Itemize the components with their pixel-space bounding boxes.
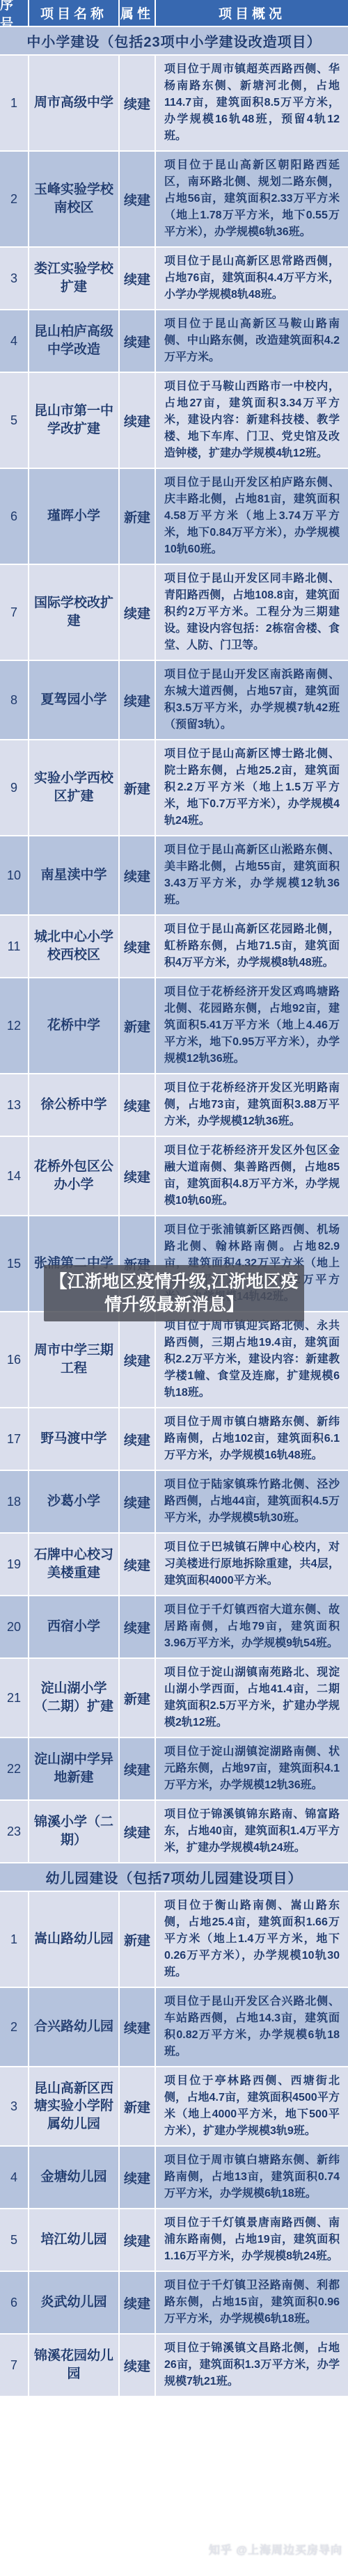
table-header-row: 序号项目名称属性项目概况 [0,0,348,26]
project-name-cell: 娄江实验学校扩建 [29,248,118,309]
project-name-cell: 合兴路幼儿园 [29,1988,118,2066]
attribute-cell: 续建 [120,1471,155,1532]
overview-cell: 项目位于马鞍山西路市一中校内，占地27亩，建筑面积3.34万平方米，建设内容：新… [156,373,348,468]
row-index-cell: 16 [0,1312,28,1407]
row-index-cell: 12 [0,978,28,1073]
attribute-cell: 续建 [120,1988,155,2066]
project-name-cell: 西宿小学 [29,1596,118,1657]
table-row: 3娄江实验学校扩建续建项目位于昆山高新区思常路西侧，占地76亩，建筑面积4.4万… [0,248,348,309]
row-index-cell: 3 [0,2067,28,2145]
project-name-cell: 城北中心小学校西校区 [29,916,118,977]
table-row: 14花桥外包区公办小学续建项目位于花桥经济开发区外包区金融大道南侧、集善路西侧，… [0,1137,348,1215]
overview-cell: 项目位于千灯镇卫泾路南侧、利都路东侧，占地15亩，建筑面积0.96万平方米，办学… [156,2272,348,2333]
overview-cell: 项目位于周市镇迎宾路北侧、永共路西侧，三期占地19.4亩，建筑面积2.2万平方米… [156,1312,348,1407]
row-index-cell: 1 [0,56,28,150]
project-name-cell: 国际学校改扩建 [29,565,118,660]
row-index-cell: 8 [0,661,28,739]
overview-cell: 项目位于周市镇白塘路东侧、新纬路南侧，占地102亩，建筑面积6.1万平方米，办学… [156,1408,348,1470]
table-row: 20西宿小学续建项目位于千灯镇西宿大道东侧、故居路南侧，占地79亩，建筑面积3.… [0,1596,348,1657]
overview-cell: 项目位于淀山湖镇淀湖路南侧、状元路东侧，占地97亩，建筑面积4.1万平方米，办学… [156,1738,348,1799]
project-name-cell: 淀山湖小学（二期）扩建 [29,1659,118,1737]
table-row: 9实验小学西校区扩建新建项目位于昆山高新区博士路北侧、院士路东侧，占地25.2亩… [0,740,348,835]
column-header-project-name: 项目名称 [29,0,118,26]
overview-cell: 项目位于昆山开发区南浜路南侧、东城大道西侧，占地57亩，建筑面积3.5万平方米，… [156,661,348,739]
row-index-cell: 6 [0,2272,28,2333]
attribute-cell: 续建 [120,1738,155,1799]
project-name-cell: 夏驾园小学 [29,661,118,739]
attribute-cell: 续建 [120,2147,155,2208]
attribute-cell: 新建 [120,1892,155,1987]
project-name-cell: 花桥外包区公办小学 [29,1137,118,1215]
project-name-cell: 嵩山路幼儿园 [29,1892,118,1987]
table-row: 8夏驾园小学续建项目位于昆山开发区南浜路南侧、东城大道西侧，占地57亩，建筑面积… [0,661,348,739]
overview-cell: 项目位于花桥经济开发区光明路南侧，占地73亩，建筑面积3.88万平方米，办学规模… [156,1074,348,1136]
row-index-cell: 18 [0,1471,28,1532]
attribute-cell: 续建 [120,1596,155,1657]
row-index-cell: 19 [0,1534,28,1595]
overview-cell: 项目位于周市镇超英西路西侧、华杨南路东侧、新塘河北侧，占地114.7亩，建筑面积… [156,56,348,150]
column-header-overview: 项目概况 [156,0,348,26]
row-index-cell: 7 [0,2335,28,2396]
table-row: 16周市中学三期工程续建项目位于周市镇迎宾路北侧、永共路西侧，三期占地19.4亩… [0,1312,348,1407]
overview-cell: 项目位于千灯镇景唐南路西侧、南浦东路南侧，占地19亩，建筑面积1.16万平方米，… [156,2209,348,2271]
overview-cell: 项目位于巴城镇石牌中心校内，对习美楼进行原地拆除重建，共4层，建筑面积4000平… [156,1534,348,1595]
table-row: 12花桥中学新建项目位于花桥经济开发区鸡鸣塘路北侧、花园路东侧，占地92亩，建筑… [0,978,348,1073]
row-index-cell: 10 [0,836,28,914]
row-index-cell: 2 [0,1988,28,2066]
table-row: 13徐公桥中学续建项目位于花桥经济开发区光明路南侧，占地73亩，建筑面积3.88… [0,1074,348,1136]
table-row: 19石牌中心校习美楼重建续建项目位于巴城镇石牌中心校内，对习美楼进行原地拆除重建… [0,1534,348,1595]
table-row: 4昆山柏庐高级中学改造续建项目位于昆山高新区马鞍山路南侧、中山路东侧，改造建筑面… [0,310,348,372]
project-name-cell: 昆山高新区西塘实验小学附属幼儿园 [29,2067,118,2145]
overview-cell: 项目位于昆山开发区柏庐路东侧、庆丰路北侧，占地81亩，建筑面积4.58万平方米（… [156,469,348,564]
news-caption-overlay: 【江浙地区疫情升级,江浙地区疫情升级最新消息】 [44,1265,304,1321]
project-name-cell: 瑾晖小学 [29,469,118,564]
overview-cell: 项目位于锦溪镇锦东路南、锦富路东，占地40亩，建筑面积1.4万平方米，扩建办学规… [156,1801,348,1862]
attribute-cell: 新建 [120,978,155,1073]
table-row: 2合兴路幼儿园续建项目位于昆山开发区合兴路北侧、车站路西侧，占地14.3亩，建筑… [0,1988,348,2066]
attribute-cell: 续建 [120,836,155,914]
attribute-cell: 新建 [120,2067,155,2145]
table-row: 21淀山湖小学（二期）扩建新建项目位于淀山湖镇南苑路北、现淀山湖小学西面，占地4… [0,1659,348,1737]
table-row: 18沙葛小学续建项目位于陆家镇珠竹路北侧、泾沙路西侧，占地44亩，建筑面积4.5… [0,1471,348,1532]
row-index-cell: 4 [0,310,28,372]
attribute-cell: 续建 [120,1408,155,1470]
section-header-1: 中小学建设（包括23项中小学建设改造项目） [0,27,348,54]
project-name-cell: 沙葛小学 [29,1471,118,1532]
row-index-cell: 23 [0,1801,28,1862]
table-row: 2玉峰实验学校南校区续建项目位于昆山高新区朝阳路西延区，南环路北侧、规划二路东侧… [0,152,348,246]
overview-cell: 项目位于昆山开发区合兴路北侧、车站路西侧，占地14.3亩，建筑面积0.82万平方… [156,1988,348,2066]
table-row: 1周市高级中学续建项目位于周市镇超英西路西侧、华杨南路东侧、新塘河北侧，占地11… [0,56,348,150]
row-index-cell: 4 [0,2147,28,2208]
overview-cell: 项目位于花桥经济开发区外包区金融大道南侧、集善路西侧，占地85亩，建筑面积4.8… [156,1137,348,1215]
attribute-cell: 续建 [120,2272,155,2333]
table-row: 7锦溪花园幼儿园续建项目位于锦溪镇文昌路北侧，占地26亩，建筑面积1.3万平方米… [0,2335,348,2396]
row-index-cell: 5 [0,373,28,468]
row-index-cell: 13 [0,1074,28,1136]
table-row: 17野马渡中学续建项目位于周市镇白塘路东侧、新纬路南侧，占地102亩，建筑面积6… [0,1408,348,1470]
project-name-cell: 培江幼儿园 [29,2209,118,2271]
attribute-cell: 续建 [120,2209,155,2271]
attribute-cell: 续建 [120,248,155,309]
overview-cell: 项目位于花桥经济开发区鸡鸣塘路北侧、花园路东侧，占地92亩，建筑面积5.41万平… [156,978,348,1073]
project-name-cell: 金塘幼儿园 [29,2147,118,2208]
row-index-cell: 1 [0,1892,28,1987]
project-name-cell: 锦溪花园幼儿园 [29,2335,118,2396]
project-name-cell: 炎武幼儿园 [29,2272,118,2333]
row-index-cell: 9 [0,740,28,835]
attribute-cell: 新建 [120,740,155,835]
table-row: 6炎武幼儿园续建项目位于千灯镇卫泾路南侧、利都路东侧，占地15亩，建筑面积0.9… [0,2272,348,2333]
table-row: 6瑾晖小学新建项目位于昆山开发区柏庐路东侧、庆丰路北侧，占地81亩，建筑面积4.… [0,469,348,564]
column-header-index: 序号 [0,0,28,26]
project-name-cell: 昆山柏庐高级中学改造 [29,310,118,372]
section-header-2: 幼儿园建设（包括7项幼儿园建设项目） [0,1863,348,1891]
table-row: 3昆山高新区西塘实验小学附属幼儿园新建项目位于亭林路西侧、西塘街北侧，占地4.7… [0,2067,348,2145]
attribute-cell: 续建 [120,1137,155,1215]
overview-cell: 项目位于淀山湖镇南苑路北、现淀山湖小学西面，占地41.4亩，二期建筑面积2.5万… [156,1659,348,1737]
project-name-cell: 石牌中心校习美楼重建 [29,1534,118,1595]
row-index-cell: 20 [0,1596,28,1657]
table-row: 22淀山湖中学异地新建续建项目位于淀山湖镇淀湖路南侧、状元路东侧，占地97亩，建… [0,1738,348,1799]
attribute-cell: 续建 [120,565,155,660]
attribute-cell: 续建 [120,56,155,150]
attribute-cell: 续建 [120,310,155,372]
overview-cell: 项目位于衡山路南侧、嵩山路东侧，占地25.4亩，建筑面积1.66万平方米（地上1… [156,1892,348,1987]
table-row: 1嵩山路幼儿园新建项目位于衡山路南侧、嵩山路东侧，占地25.4亩，建筑面积1.6… [0,1892,348,1987]
project-name-cell: 实验小学西校区扩建 [29,740,118,835]
overview-cell: 项目位于昆山高新区思常路西侧，占地76亩，建筑面积4.4万平方米，小学办学规模8… [156,248,348,309]
row-index-cell: 22 [0,1738,28,1799]
attribute-cell: 续建 [120,1312,155,1407]
watermark: 知乎 @上海周边买房导向 [209,2541,342,2557]
overview-cell: 项目位于锦溪镇文昌路北侧，占地26亩，建筑面积1.3万平方米，办学规模7轨21班… [156,2335,348,2396]
row-index-cell: 2 [0,152,28,246]
overview-cell: 项目位于亭林路西侧、西塘街北侧，占地4.7亩，建筑面积4500平方米（地上400… [156,2067,348,2145]
row-index-cell: 3 [0,248,28,309]
project-name-cell: 昆山市第一中学改扩建 [29,373,118,468]
project-name-cell: 周市高级中学 [29,56,118,150]
attribute-cell: 续建 [120,661,155,739]
attribute-cell: 续建 [120,152,155,246]
overview-cell: 项目位于昆山开发区同丰路北侧、青阳路西侧，占地108.8亩，建筑面积约2万平方米… [156,565,348,660]
projects-table: 序号项目名称属性项目概况中小学建设（包括23项中小学建设改造项目）1周市高级中学… [0,0,348,2396]
table-row: 11城北中心小学校西校区续建项目位于昆山高新区花园路北侧，虹桥路东侧，占地71.… [0,916,348,977]
attribute-cell: 新建 [120,1659,155,1737]
row-index-cell: 5 [0,2209,28,2271]
project-name-cell: 玉峰实验学校南校区 [29,152,118,246]
attribute-cell: 续建 [120,1074,155,1136]
attribute-cell: 新建 [120,469,155,564]
project-name-cell: 周市中学三期工程 [29,1312,118,1407]
table-row: 10南星渎中学续建项目位于昆山高新区山淞路东侧、美丰路北侧，占地55亩，建筑面积… [0,836,348,914]
attribute-cell: 续建 [120,2335,155,2396]
overview-cell: 项目位于昆山高新区博士路北侧、院士路东侧，占地25.2亩，建筑面积2.2万平方米… [156,740,348,835]
table-row: 5培江幼儿园续建项目位于千灯镇景唐南路西侧、南浦东路南侧，占地19亩，建筑面积1… [0,2209,348,2271]
overview-cell: 项目位于昆山高新区马鞍山路南侧、中山路东侧，改造建筑面积4.2万平方米。 [156,310,348,372]
row-index-cell: 21 [0,1659,28,1737]
row-index-cell: 7 [0,565,28,660]
row-index-cell: 6 [0,469,28,564]
overview-cell: 项目位于周市镇白塘路东侧、新纬路南侧，占地13亩，建筑面积0.74万平方米，办学… [156,2147,348,2208]
overview-cell: 项目位于千灯镇西宿大道东侧、故居路南侧，占地79亩，建筑面积3.96万平方米，办… [156,1596,348,1657]
project-name-cell: 徐公桥中学 [29,1074,118,1136]
overview-cell: 项目位于昆山高新区花园路北侧，虹桥路东侧，占地71.5亩，建筑面积4万平方米，办… [156,916,348,977]
row-index-cell: 11 [0,916,28,977]
table-row: 5昆山市第一中学改扩建续建项目位于马鞍山西路市一中校内，占地27亩，建筑面积3.… [0,373,348,468]
overview-cell: 项目位于昆山高新区山淞路东侧、美丰路北侧，占地55亩，建筑面积3.43万平方米，… [156,836,348,914]
row-index-cell: 15 [0,1216,28,1311]
overview-cell: 项目位于陆家镇珠竹路北侧、泾沙路西侧，占地44亩，建筑面积4.5万平方米，办学规… [156,1471,348,1532]
table-row: 23锦溪小学（二期）续建项目位于锦溪镇锦东路南、锦富路东，占地40亩，建筑面积1… [0,1801,348,1862]
project-name-cell: 南星渎中学 [29,836,118,914]
attribute-cell: 续建 [120,1534,155,1595]
project-name-cell: 锦溪小学（二期） [29,1801,118,1862]
project-name-cell: 花桥中学 [29,978,118,1073]
table-row: 4金塘幼儿园续建项目位于周市镇白塘路东侧、新纬路南侧，占地13亩，建筑面积0.7… [0,2147,348,2208]
attribute-cell: 续建 [120,1801,155,1862]
project-name-cell: 淀山湖中学异地新建 [29,1738,118,1799]
attribute-cell: 续建 [120,916,155,977]
column-header-attribute: 属性 [120,0,155,26]
attribute-cell: 续建 [120,373,155,468]
project-name-cell: 野马渡中学 [29,1408,118,1470]
row-index-cell: 17 [0,1408,28,1470]
row-index-cell: 14 [0,1137,28,1215]
overview-cell: 项目位于昆山高新区朝阳路西延区，南环路北侧、规划二路东侧，占地56亩，建筑面积2… [156,152,348,246]
table-row: 7国际学校改扩建续建项目位于昆山开发区同丰路北侧、青阳路西侧，占地108.8亩，… [0,565,348,660]
